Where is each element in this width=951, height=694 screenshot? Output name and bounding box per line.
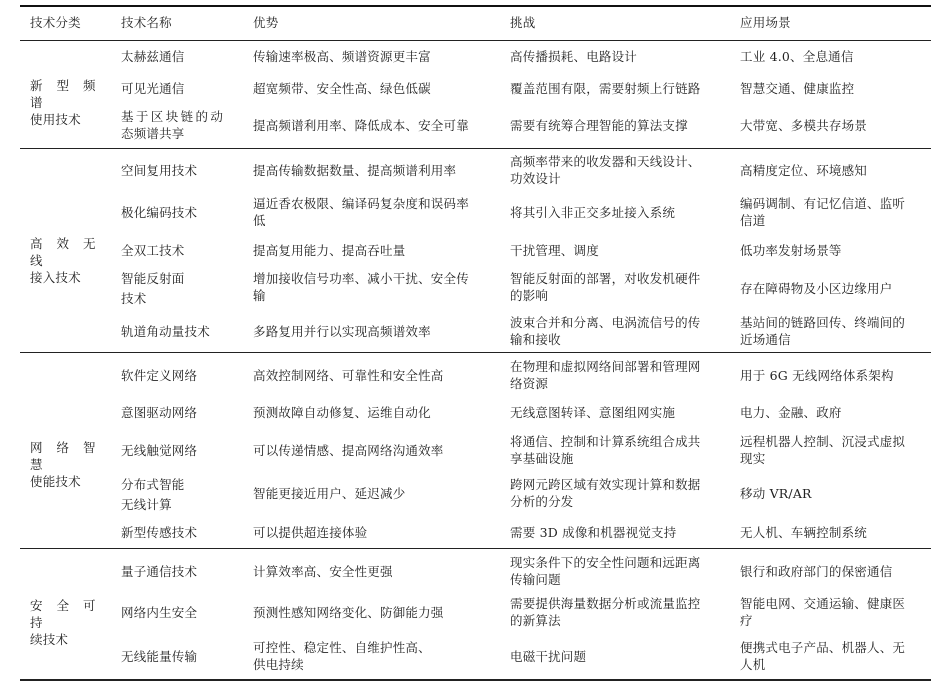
application: 银行和政府部门的保密通信 [740, 563, 892, 580]
tech-name: 软件定义网络 [121, 367, 197, 384]
tech-name: 智能反射面 技术 [121, 269, 185, 309]
tech-name: 空间复用技术 [121, 162, 197, 179]
group-category: 网 络 智 慧 使能技术 [30, 439, 104, 490]
tech-name: 全双工技术 [121, 242, 185, 259]
application: 低功率发射场景等 [740, 242, 842, 259]
application: 基站间的链路回传、终端间的 近场通信 [740, 314, 905, 348]
text-line: 分析的分发 [510, 493, 701, 510]
application: 大带宽、多模共存场景 [740, 117, 867, 134]
text-line: 人机 [740, 656, 905, 673]
application: 编码调制、有记忆信道、监听 信道 [740, 195, 905, 229]
tech-name: 太赫兹通信 [121, 48, 185, 65]
text-line: 络资源 [510, 375, 701, 392]
text-line: 在物理和虚拟网络间部署和管理网 [510, 358, 701, 375]
text-line: 可控性、稳定性、自维护性高、 [253, 639, 431, 656]
category-line: 接入技术 [30, 269, 104, 286]
text-line: 智能电网、交通运输、健康医 [740, 595, 905, 612]
challenge: 电磁干扰问题 [510, 648, 586, 665]
text-line: 近场通信 [740, 331, 905, 348]
challenge: 现实条件下的安全性问题和远距离 传输问题 [510, 554, 701, 588]
challenge: 将通信、控制和计算系统组合成共 享基础设施 [510, 433, 701, 467]
application: 移动 VR/AR [740, 485, 812, 502]
group-rule [20, 548, 931, 549]
application: 工业 4.0、全息通信 [740, 48, 854, 65]
text-line: 将通信、控制和计算系统组合成共 [510, 433, 701, 450]
challenge: 无线意图转译、意图组网实施 [510, 404, 675, 421]
challenge: 覆盖范围有限，需要射频上行链路 [510, 80, 701, 97]
advantage: 超宽频带、安全性高、绿色低碳 [253, 80, 431, 97]
advantage: 可以传递情感、提高网络沟通效率 [253, 442, 444, 459]
advantage: 多路复用并行以实现高频谱效率 [253, 323, 431, 340]
application: 远程机器人控制、沉浸式虚拟 现实 [740, 433, 905, 467]
text-line: 编码调制、有记忆信道、监听 [740, 195, 905, 212]
text-line: 增加接收信号功率、减小干扰、安全传 [253, 270, 469, 287]
text-line: 信道 [740, 212, 905, 229]
tech-name: 可见光通信 [121, 80, 185, 97]
challenge: 高传播损耗、电路设计 [510, 48, 637, 65]
group-rule [20, 352, 931, 353]
header-application: 应用场景 [740, 14, 791, 31]
text-line: 态频谱共享 [121, 125, 225, 142]
group-category: 安 全 可 持 续技术 [30, 597, 104, 648]
challenge: 波束合并和分离、电涡流信号的传 输和接收 [510, 314, 701, 348]
text-line: 现实 [740, 450, 905, 467]
header-category: 技术分类 [30, 14, 81, 31]
challenge: 智能反射面的部署，对收发机硬件 的影响 [510, 270, 701, 304]
application: 智能电网、交通运输、健康医 疗 [740, 595, 905, 629]
tech-name: 轨道角动量技术 [121, 323, 210, 340]
text-line: 输 [253, 287, 469, 304]
category-line: 高 效 无 线 [30, 235, 104, 269]
category-line: 网 络 智 慧 [30, 439, 104, 473]
text-line: 跨网元跨区域有效实现计算和数据 [510, 476, 701, 493]
category-line: 续技术 [30, 631, 104, 648]
advantage: 智能更接近用户、延迟减少 [253, 485, 405, 502]
challenge: 需要有统筹合理智能的算法支撑 [510, 117, 688, 134]
category-line: 安 全 可 持 [30, 597, 104, 631]
text-line: 供电持续 [253, 656, 431, 673]
text-line: 享基础设施 [510, 450, 701, 467]
tech-name: 网络内生安全 [121, 604, 197, 621]
text-line: 传输问题 [510, 571, 701, 588]
text-line: 疗 [740, 612, 905, 629]
text-line: 技术 [121, 289, 185, 309]
text-line: 无线计算 [121, 495, 185, 515]
challenge: 跨网元跨区域有效实现计算和数据 分析的分发 [510, 476, 701, 510]
text-line: 的新算法 [510, 612, 701, 629]
challenge: 在物理和虚拟网络间部署和管理网 络资源 [510, 358, 701, 392]
text-line: 便携式电子产品、机器人、无 [740, 639, 905, 656]
tech-name: 量子通信技术 [121, 563, 197, 580]
group-rule [20, 148, 931, 149]
challenge: 高频率带来的收发器和天线设计、 功效设计 [510, 153, 701, 187]
header-challenge: 挑战 [510, 14, 535, 31]
header-advantage: 优势 [253, 14, 278, 31]
text-line: 现实条件下的安全性问题和远距离 [510, 554, 701, 571]
group-category: 新 型 频 谱 使用技术 [30, 77, 104, 128]
challenge: 需要 3D 成像和机器视觉支持 [510, 524, 676, 541]
text-line: 逼近香农极限、编译码复杂度和误码率 [253, 195, 469, 212]
table-bottom-rule [20, 679, 931, 681]
application: 无人机、车辆控制系统 [740, 524, 867, 541]
text-line: 低 [253, 212, 469, 229]
advantage: 可控性、稳定性、自维护性高、 供电持续 [253, 639, 431, 673]
text-line: 基站间的链路回传、终端间的 [740, 314, 905, 331]
advantage: 可以提供超连接体验 [253, 524, 367, 541]
application: 用于 6G 无线网络体系架构 [740, 367, 894, 384]
tech-name: 基于区块链的动 态频谱共享 [121, 108, 225, 142]
text-line: 基于区块链的动 [121, 108, 225, 125]
tech-name: 分布式智能 无线计算 [121, 475, 185, 515]
text-line: 需要提供海量数据分析或流量监控 [510, 595, 701, 612]
challenge: 需要提供海量数据分析或流量监控 的新算法 [510, 595, 701, 629]
application: 高精度定位、环境感知 [740, 162, 867, 179]
text-line: 分布式智能 [121, 475, 185, 495]
application: 存在障碍物及小区边缘用户 [740, 280, 892, 297]
advantage: 提高复用能力、提高吞吐量 [253, 242, 405, 259]
advantage: 高效控制网络、可靠性和安全性高 [253, 367, 444, 384]
advantage: 计算效率高、安全性更强 [253, 563, 393, 580]
advantage: 预测性感知网络变化、防御能力强 [253, 604, 444, 621]
advantage: 提高传输数据数量、提高频谱利用率 [253, 162, 456, 179]
text-line: 高频率带来的收发器和天线设计、 [510, 153, 701, 170]
advantage: 增加接收信号功率、减小干扰、安全传 输 [253, 270, 469, 304]
category-line: 使用技术 [30, 111, 104, 128]
tech-name: 无线能量传输 [121, 648, 197, 665]
table-top-rule [20, 5, 931, 7]
text-line: 智能反射面 [121, 269, 185, 289]
text-line: 远程机器人控制、沉浸式虚拟 [740, 433, 905, 450]
advantage: 预测故障自动修复、运维自动化 [253, 404, 431, 421]
application: 智慧交通、健康监控 [740, 80, 854, 97]
category-line: 使能技术 [30, 473, 104, 490]
challenge: 干扰管理、调度 [510, 242, 599, 259]
application: 电力、金融、政府 [740, 404, 842, 421]
advantage: 逼近香农极限、编译码复杂度和误码率 低 [253, 195, 469, 229]
tech-name: 新型传感技术 [121, 524, 197, 541]
tech-name: 意图驱动网络 [121, 404, 197, 421]
text-line: 输和接收 [510, 331, 701, 348]
challenge: 将其引入非正交多址接入系统 [510, 204, 675, 221]
header-tech-name: 技术名称 [121, 14, 172, 31]
text-line: 功效设计 [510, 170, 701, 187]
category-line: 新 型 频 谱 [30, 77, 104, 111]
text-line: 的影响 [510, 287, 701, 304]
group-category: 高 效 无 线 接入技术 [30, 235, 104, 286]
text-line: 波束合并和分离、电涡流信号的传 [510, 314, 701, 331]
advantage: 传输速率极高、频谱资源更丰富 [253, 48, 431, 65]
header-rule [20, 40, 931, 41]
tech-name: 极化编码技术 [121, 204, 197, 221]
text-line: 智能反射面的部署，对收发机硬件 [510, 270, 701, 287]
application: 便携式电子产品、机器人、无 人机 [740, 639, 905, 673]
advantage: 提高频谱利用率、降低成本、安全可靠 [253, 117, 469, 134]
tech-name: 无线触觉网络 [121, 442, 197, 459]
